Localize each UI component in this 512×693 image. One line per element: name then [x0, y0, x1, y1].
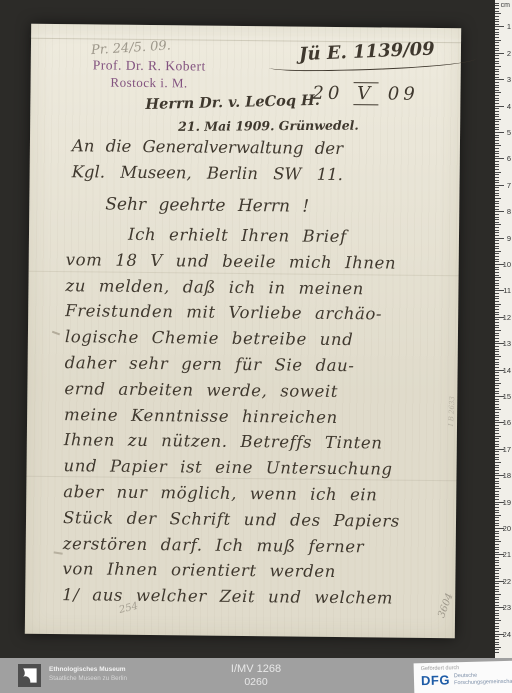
ruler-tick	[495, 517, 499, 518]
ruler-tick	[495, 156, 499, 157]
ruler-tick	[495, 87, 499, 88]
letter-line: ernd arbeiten werde, soweit	[64, 376, 457, 406]
ruler-tick	[495, 615, 499, 616]
ruler-tick	[495, 3, 499, 4]
ruler-tick	[495, 127, 499, 128]
ruler-tick	[495, 74, 499, 75]
ruler-tick	[495, 644, 499, 645]
ruler-tick	[495, 401, 499, 402]
ruler-tick	[495, 375, 499, 376]
letter-line: logische Chemie betreibe und	[65, 324, 458, 354]
ruler-tick	[495, 103, 499, 104]
letter-page: Pr. 24/5. 09. Jü E. 1139/09 Prof. Dr. R.…	[25, 24, 461, 638]
ruler-tick	[495, 383, 501, 384]
dfg-name-line: Forschungsgemeinschaft	[454, 678, 512, 686]
ruler-tick	[495, 8, 499, 9]
ruler-unit-label: cm	[501, 2, 510, 9]
ruler-tick	[495, 549, 499, 550]
ruler-tick	[495, 177, 499, 178]
ruler-tick	[495, 562, 499, 563]
ruler-tick	[495, 597, 499, 598]
ruler-tick	[495, 214, 499, 215]
ruler-tick	[495, 306, 499, 307]
ruler-tick	[495, 354, 499, 355]
ruler-tick	[495, 71, 499, 72]
ruler-tick	[495, 547, 499, 548]
ruler-tick	[495, 169, 499, 170]
ruler-tick	[495, 135, 499, 136]
ruler-tick	[495, 82, 499, 83]
ruler-tick	[495, 100, 499, 101]
ruler-tick	[495, 441, 499, 442]
ruler-tick	[495, 525, 499, 526]
ruler-tick	[495, 217, 499, 218]
ruler-tick	[495, 486, 499, 487]
ruler-tick	[495, 285, 499, 286]
ruler-tick	[495, 13, 501, 14]
ruler-number: 17	[503, 445, 511, 454]
ruler-number: 16	[503, 418, 511, 427]
ruler-tick	[495, 642, 499, 643]
ruler-tick	[495, 496, 499, 497]
ruler-tick	[495, 34, 499, 35]
sender-stamp-city: Rostock i. M.	[93, 74, 206, 91]
ruler-tick	[495, 280, 499, 281]
ruler-tick	[495, 11, 499, 12]
ruler-tick	[495, 541, 501, 542]
ruler-tick	[495, 618, 499, 619]
ruler-tick	[495, 430, 499, 431]
ruler-tick	[495, 293, 499, 294]
ruler-tick	[495, 63, 499, 64]
ruler-tick	[495, 116, 499, 117]
ruler-number: 13	[503, 339, 511, 348]
ruler-tick	[495, 510, 499, 511]
ruler-tick	[495, 227, 499, 228]
ruler-tick	[495, 174, 499, 175]
ruler-tick	[495, 578, 499, 579]
ruler-tick	[495, 219, 499, 220]
ruler-tick	[495, 50, 499, 51]
ruler-tick	[495, 158, 504, 159]
ruler-number: 14	[503, 366, 511, 375]
ruler-tick	[495, 620, 501, 621]
ruler-tick	[495, 346, 499, 347]
ruler-number: 20	[503, 524, 511, 533]
ruler-number: 12	[503, 313, 511, 322]
ruler-tick	[495, 391, 499, 392]
salutation: Sehr geehrte Herrn !	[105, 195, 309, 217]
ruler-tick	[495, 417, 499, 418]
ruler-tick	[495, 631, 499, 632]
ruler-tick	[495, 380, 499, 381]
ruler-tick	[495, 481, 499, 482]
ruler-tick	[495, 256, 499, 257]
ruler-tick	[495, 338, 499, 339]
letter-line: und Papier ist eine Untersuchung	[63, 453, 456, 483]
ruler-tick	[495, 180, 499, 181]
ruler-tick	[495, 251, 501, 252]
ruler-tick	[495, 222, 499, 223]
letter-line: Freistunden mit Vorliebe archäo-	[65, 299, 458, 329]
ruler-tick	[495, 16, 499, 17]
ruler-tick	[495, 106, 504, 107]
ruler-tick	[495, 95, 499, 96]
letter-line: vom 18 V und beeile mich Ihnen	[66, 247, 459, 277]
ruler-tick	[495, 652, 499, 653]
ruler-tick	[495, 272, 499, 273]
ruler-tick	[495, 301, 499, 302]
ruler-tick	[495, 438, 499, 439]
ruler-tick	[495, 341, 499, 342]
ruler-tick	[495, 404, 499, 405]
ruler-tick	[495, 246, 499, 247]
ruler-tick	[495, 26, 504, 27]
sender-stamp-name: Prof. Dr. R. Kobert	[93, 57, 206, 75]
ruler-tick	[495, 132, 504, 133]
ruler-tick	[495, 151, 499, 152]
ruler-tick	[495, 591, 499, 592]
ruler-tick	[495, 420, 499, 421]
ruler-tick	[495, 576, 499, 577]
ruler-tick	[495, 314, 499, 315]
ruler-tick	[495, 570, 499, 571]
ruler-tick	[495, 79, 504, 80]
ruler-tick	[495, 649, 499, 650]
ruler-number: 21	[503, 550, 511, 559]
ruler-tick	[495, 433, 499, 434]
ruler-tick	[495, 53, 504, 54]
ruler-tick	[495, 185, 504, 186]
ruler-tick	[495, 349, 499, 350]
ruler-tick	[495, 356, 501, 357]
ruler-tick	[495, 473, 499, 474]
ruler-tick	[495, 304, 501, 305]
letter-line: aber nur möglich, wenn ich ein	[63, 479, 456, 509]
dfg-logo: DFG Deutsche Forschungsgemeinschaft	[421, 671, 509, 688]
ruler-tick	[495, 599, 499, 600]
ruler-tick	[495, 85, 499, 86]
letter-body: Ich erhielt Ihren Briefvom 18 V und beei…	[62, 221, 459, 612]
ruler-tick	[495, 325, 499, 326]
ruler-tick	[495, 333, 499, 334]
ruler-tick	[495, 32, 499, 33]
sender-stamp: Prof. Dr. R. Kobert Rostock i. M.	[93, 57, 206, 91]
address-line: An die Generalverwaltung der	[72, 136, 343, 158]
ruler-number: 2	[507, 49, 511, 58]
ruler-tick	[495, 628, 499, 629]
ruler-tick	[495, 119, 501, 120]
ruler-tick	[495, 129, 499, 130]
ruler-number: 18	[503, 471, 511, 480]
ruler-tick	[495, 312, 499, 313]
ruler-tick	[495, 269, 499, 270]
ruler-tick	[495, 193, 499, 194]
ruler-tick	[495, 45, 499, 46]
ruler-tick	[495, 428, 499, 429]
date-note: 21. Mai 1909. Grünwedel.	[178, 118, 359, 134]
pencil-margin-mark	[54, 551, 63, 554]
ruler-tick	[495, 565, 499, 566]
ruler-tick	[495, 298, 499, 299]
ruler-tick	[495, 470, 499, 471]
ruler-tick	[495, 40, 501, 41]
ruler-tick	[495, 21, 499, 22]
ruler-tick	[495, 211, 504, 212]
ruler-number: 24	[503, 630, 511, 639]
ink-flourish	[269, 54, 477, 72]
ruler-tick	[495, 425, 499, 426]
ruler-tick	[495, 230, 499, 231]
ruler-tick	[495, 351, 499, 352]
ruler-tick	[495, 243, 499, 244]
ruler-tick	[495, 362, 499, 363]
pencil-edge-number: I B 2633	[447, 396, 456, 427]
ruler-tick	[495, 48, 499, 49]
ruler-number: 5	[507, 128, 511, 137]
ruler-tick	[495, 552, 499, 553]
ruler-number: 23	[503, 603, 511, 612]
ruler-tick	[495, 583, 499, 584]
ruler-tick	[495, 143, 499, 144]
ruler-tick	[495, 253, 499, 254]
ruler-tick	[495, 201, 499, 202]
ruler-tick	[495, 454, 499, 455]
ruler-tick	[495, 594, 501, 595]
received-month: V	[353, 82, 378, 105]
ruler-tick	[495, 444, 499, 445]
ruler-tick	[495, 412, 499, 413]
ruler-tick	[495, 319, 499, 320]
ruler-tick	[495, 523, 499, 524]
ruler: cm 1234567891011121314151617181920212223…	[495, 0, 512, 662]
ruler-tick	[495, 190, 499, 191]
ruler-tick	[495, 613, 499, 614]
ruler-tick	[495, 536, 499, 537]
ruler-tick	[495, 283, 499, 284]
ruler-tick	[495, 77, 499, 78]
ruler-tick	[495, 507, 499, 508]
ruler-tick	[495, 467, 499, 468]
ruler-tick	[495, 639, 499, 640]
ruler-tick	[495, 557, 499, 558]
ruler-tick	[495, 504, 499, 505]
ruler-number: 9	[507, 234, 511, 243]
ruler-tick	[495, 399, 499, 400]
ruler-number: 3	[507, 75, 511, 84]
ruler-tick	[495, 58, 499, 59]
ruler-tick	[495, 182, 499, 183]
ruler-number: 6	[507, 154, 511, 163]
ruler-tick	[495, 520, 499, 521]
ruler-tick	[495, 224, 501, 225]
ruler-tick	[495, 166, 499, 167]
ruler-tick	[495, 108, 499, 109]
ruler-tick	[495, 367, 499, 368]
ruler-tick	[495, 462, 501, 463]
ruler-tick	[495, 42, 499, 43]
ruler-tick	[495, 409, 501, 410]
ruler-number: 10	[503, 260, 511, 269]
ruler-tick	[495, 623, 499, 624]
ruler-tick	[495, 531, 499, 532]
ruler-tick	[495, 153, 499, 154]
ruler-tick	[495, 203, 499, 204]
ruler-number: 19	[503, 498, 511, 507]
ruler-tick	[495, 359, 499, 360]
received-year: 09	[388, 84, 419, 105]
ruler-tick	[495, 164, 499, 165]
ruler-tick	[495, 66, 501, 67]
ruler-tick	[495, 37, 499, 38]
ruler-tick	[495, 605, 499, 606]
ruler-tick	[495, 148, 499, 149]
pencil-date-note: Pr. 24/5. 09.	[91, 38, 172, 58]
ruler-tick	[495, 195, 499, 196]
ruler-tick	[495, 322, 499, 323]
ruler-tick	[495, 335, 499, 336]
ruler-number: 7	[507, 181, 511, 190]
ruler-tick	[495, 647, 501, 648]
dfg-funding-box: Gefördert durch DFG Deutsche Forschungsg…	[414, 661, 512, 693]
ruler-number: 1	[507, 22, 511, 31]
ruler-tick	[495, 261, 499, 262]
ruler-tick	[495, 140, 499, 141]
ruler-tick	[495, 459, 499, 460]
ruler-tick	[495, 626, 499, 627]
ruler-tick	[495, 275, 499, 276]
ruler-tick	[495, 636, 499, 637]
ruler-tick	[495, 393, 499, 394]
ruler-tick	[495, 232, 499, 233]
ruler-tick	[495, 69, 499, 70]
ruler-tick	[495, 137, 499, 138]
ruler-tick	[495, 415, 499, 416]
ruler-tick	[495, 512, 499, 513]
dfg-acronym: DFG	[421, 672, 450, 688]
ruler-tick	[495, 240, 499, 241]
ruler-tick	[495, 277, 501, 278]
ruler-tick	[495, 267, 499, 268]
ruler-tick	[495, 539, 499, 540]
ruler-number: 4	[507, 102, 511, 111]
ruler-tick	[495, 407, 499, 408]
dfg-name: Deutsche Forschungsgemeinschaft	[454, 672, 512, 686]
ruler-tick	[495, 209, 499, 210]
ruler-tick	[495, 446, 499, 447]
ruler-number: 8	[507, 207, 511, 216]
letter-line: daher sehr gern für Sie dau-	[65, 350, 458, 380]
ruler-tick	[495, 296, 499, 297]
ruler-tick	[495, 121, 499, 122]
ruler-tick	[495, 19, 499, 20]
ruler-tick	[495, 494, 499, 495]
ruler-tick	[495, 465, 499, 466]
ruler-tick	[495, 457, 499, 458]
ruler-tick	[495, 90, 499, 91]
ruler-tick	[495, 388, 499, 389]
ruler-tick	[495, 560, 499, 561]
ruler-tick	[495, 499, 499, 500]
ruler-tick	[495, 92, 501, 93]
address-line: Kgl. Museen, Berlin SW 11.	[72, 162, 343, 184]
ruler-tick	[495, 61, 499, 62]
ruler-tick	[495, 124, 499, 125]
ruler-tick	[495, 114, 499, 115]
ruler-number: 11	[503, 286, 511, 295]
ruler-tick	[495, 161, 499, 162]
ruler-tick	[495, 602, 499, 603]
ruler-tick	[495, 111, 499, 112]
ruler-tick	[495, 5, 499, 6]
ruler-tick	[495, 364, 499, 365]
ruler-tick	[495, 24, 499, 25]
ruler-tick	[495, 29, 499, 30]
ruler-tick	[495, 206, 499, 207]
letter-line: Stück der Schrift und des Papiers	[63, 505, 456, 535]
ruler-tick	[495, 568, 501, 569]
ruler-tick	[495, 238, 504, 239]
ruler-tick	[495, 573, 499, 574]
ruler-tick	[495, 586, 499, 587]
ruler-tick	[495, 610, 499, 611]
ruler-tick	[495, 478, 499, 479]
ruler-tick	[495, 198, 501, 199]
pencil-margin-mark	[52, 331, 60, 336]
ruler-tick	[495, 55, 499, 56]
ruler-tick	[495, 235, 499, 236]
ruler-tick	[495, 172, 501, 173]
ruler-tick	[495, 515, 501, 516]
ruler-number: 22	[503, 577, 511, 586]
received-date-annotation: 20 V 09	[312, 83, 418, 105]
ruler-tick	[495, 483, 499, 484]
ruler-tick	[495, 309, 499, 310]
ruler-tick	[495, 544, 499, 545]
ruler-tick	[495, 248, 499, 249]
footer-bar: Ethnologisches Museum Staatliche Museen …	[0, 658, 512, 693]
ruler-tick	[495, 330, 501, 331]
ruler-number: 15	[503, 392, 511, 401]
ruler-tick	[495, 145, 501, 146]
ruler-tick	[495, 372, 499, 373]
ruler-tick	[495, 533, 499, 534]
ruler-tick	[495, 187, 499, 188]
ruler-tick	[495, 259, 499, 260]
ruler-tick	[495, 488, 501, 489]
addressee-note: Herrn Dr. v. LeCoq H.	[145, 92, 320, 113]
ruler-tick	[495, 589, 499, 590]
ruler-tick	[495, 378, 499, 379]
ruler-tick	[495, 288, 499, 289]
ruler-tick	[495, 327, 499, 328]
ruler-tick	[495, 451, 499, 452]
ruler-tick	[495, 436, 501, 437]
ruler-tick	[495, 98, 499, 99]
ruler-tick	[495, 491, 499, 492]
ruler-tick	[495, 385, 499, 386]
